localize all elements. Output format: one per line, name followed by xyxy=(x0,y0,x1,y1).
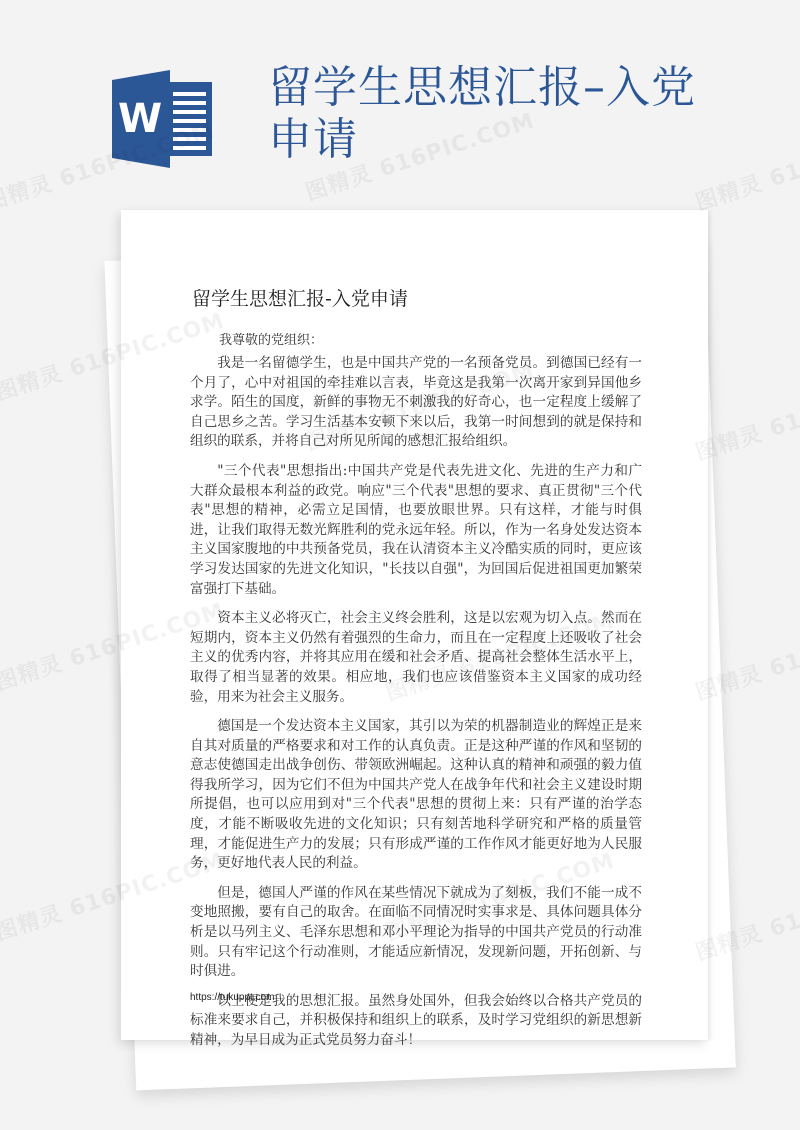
paragraph: 德国是一个发达资本主义国家，其引以为荣的机器制造业的辉煌正是来自其对质量的严格要… xyxy=(190,717,642,874)
paragraph: "三个代表"思想指出:中国共产党是代表先进文化、先进的生产力和广大群众最根本利益… xyxy=(190,462,642,599)
document-body: 我是一名留德学生，也是中国共产党的一名预备党员。到德国已经有一个月了，心中对祖国… xyxy=(190,354,642,1061)
document-title: 留学生思想汇报-入党申请 xyxy=(192,284,408,311)
svg-text:W: W xyxy=(118,96,162,142)
footer-url: https://tukuppt.com xyxy=(190,992,275,1003)
header-title: 留学生思想汇报–入党申请 xyxy=(268,62,708,166)
paragraph: 资本主义必将灭亡，社会主义终会胜利，这是以宏观为切入点。然而在短期内，资本主义仍… xyxy=(190,609,642,707)
greeting: 我尊敬的党组织： xyxy=(219,329,323,348)
word-document-icon: W xyxy=(110,70,214,168)
document-page: 留学生思想汇报-入党申请 我尊敬的党组织： 我是一名留德学生，也是中国共产党的一… xyxy=(121,210,708,1040)
paragraph: 我是一名留德学生，也是中国共产党的一名预备党员。到德国已经有一个月了，心中对祖国… xyxy=(190,354,642,452)
paragraph: 但是，德国人严谨的作风在某些情况下就成为了刻板，我们不能一成不变地照搬，要有自己… xyxy=(190,884,642,982)
